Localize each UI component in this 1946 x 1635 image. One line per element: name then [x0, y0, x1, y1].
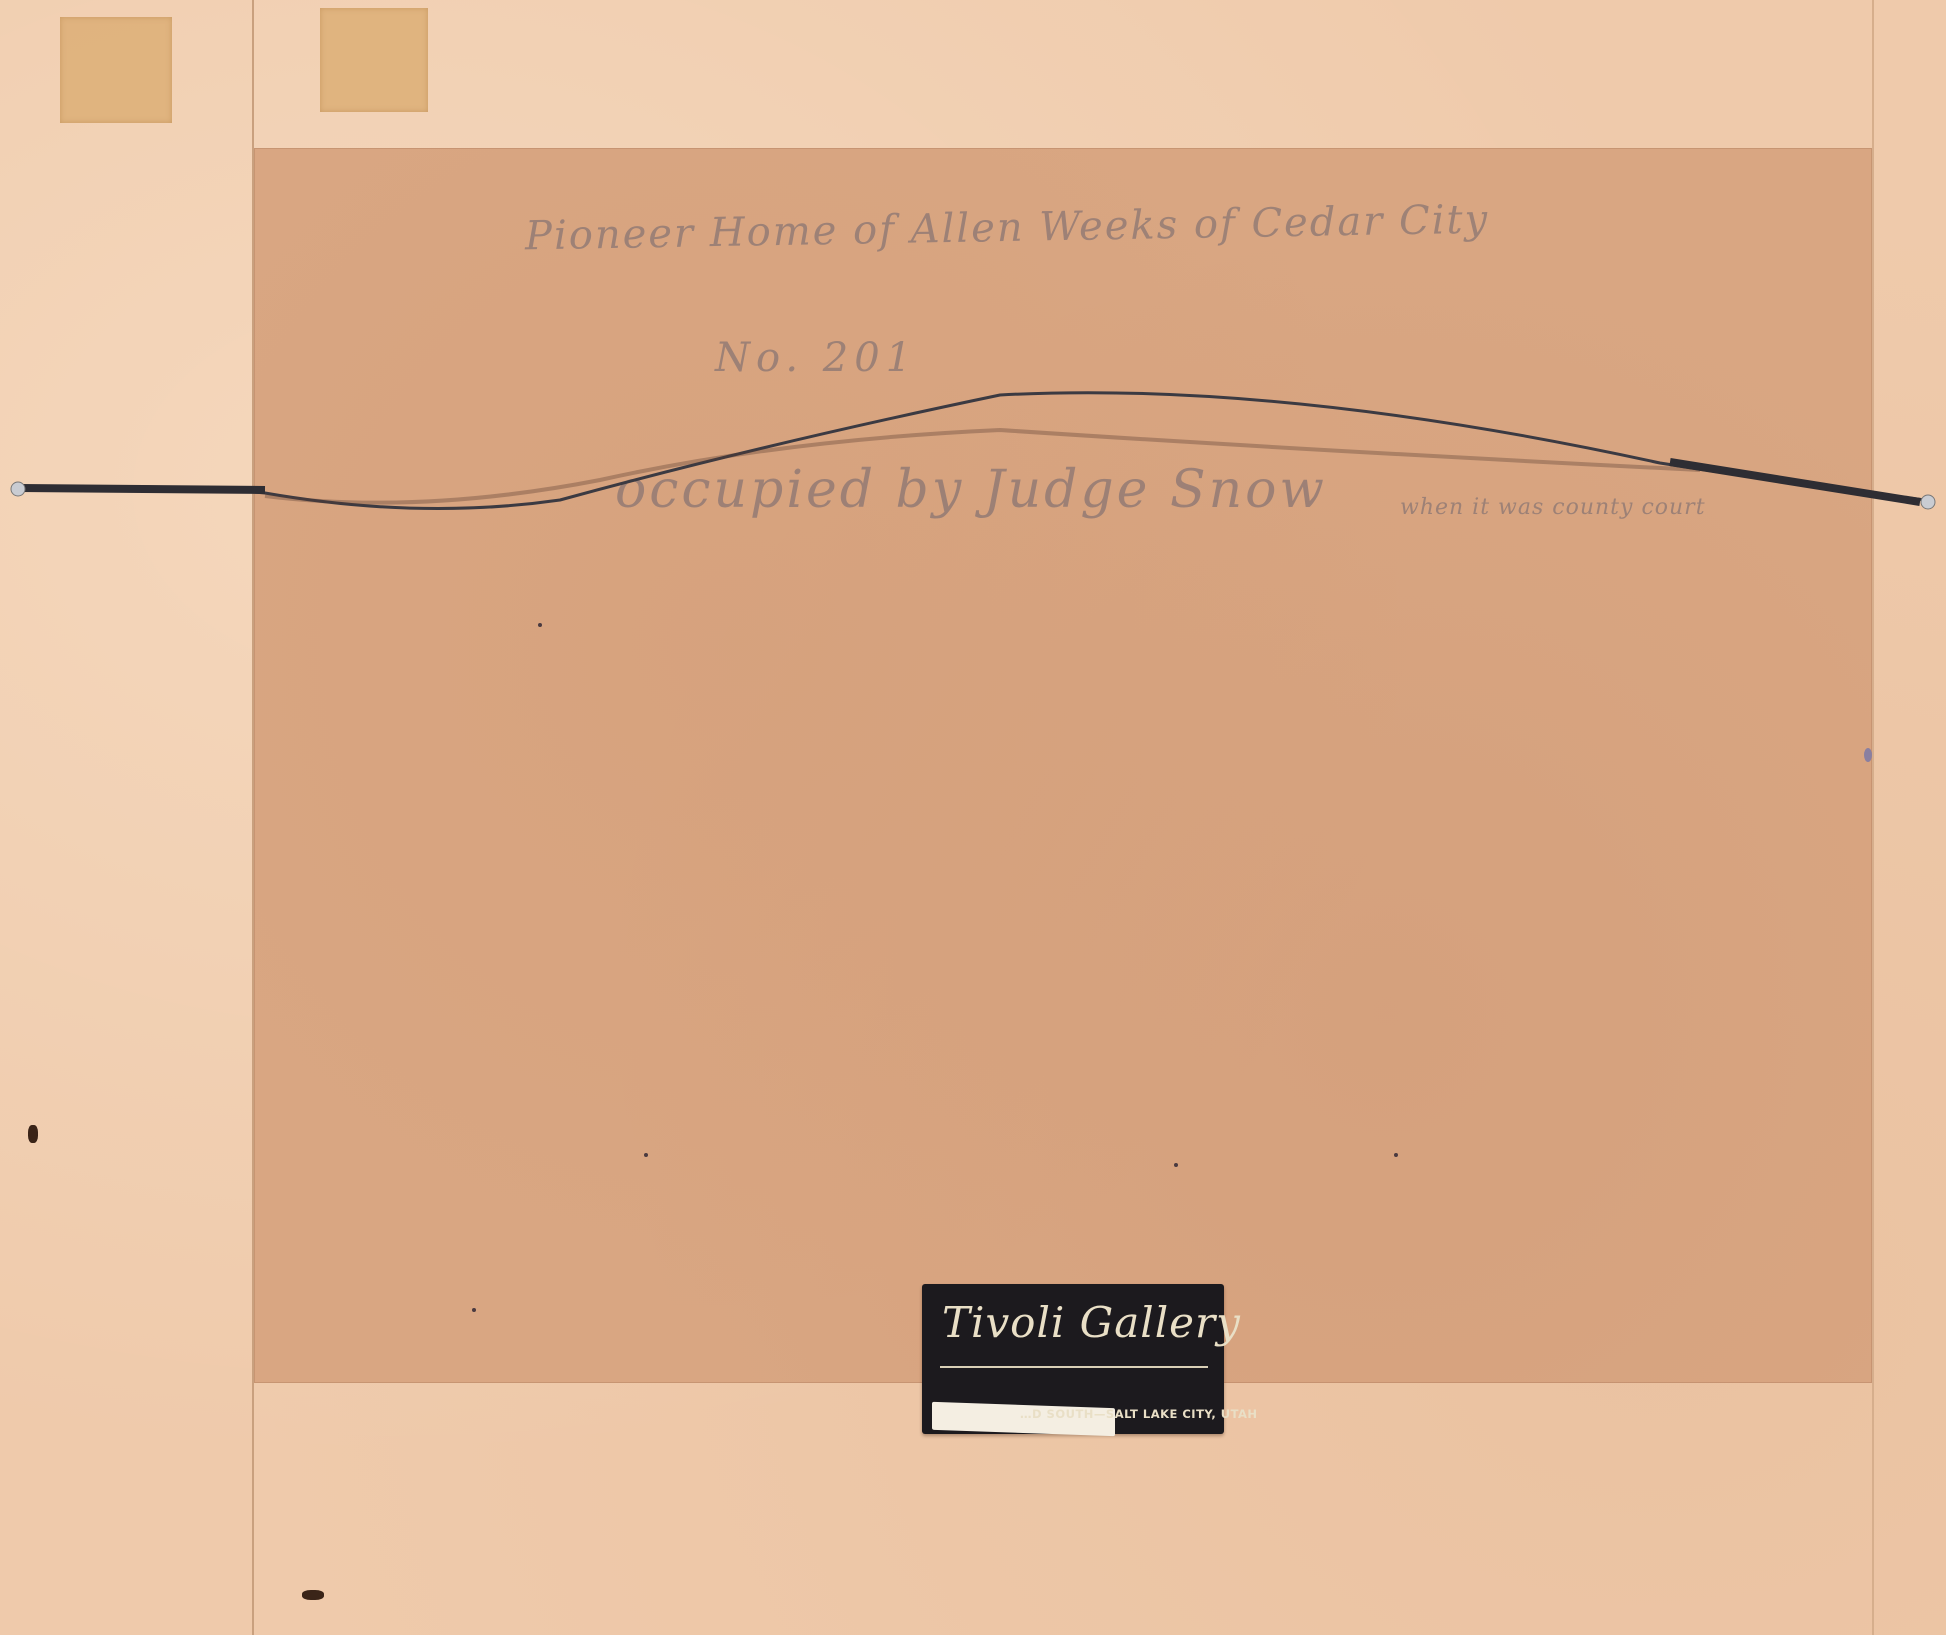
gallery-name: Tivoli Gallery — [942, 1298, 1241, 1347]
gallery-address: …D SOUTH—SALT LAKE CITY, UTAH — [1020, 1407, 1258, 1421]
inscription-note: when it was county court — [1400, 495, 1706, 520]
nail-hole — [28, 1125, 38, 1143]
inscription-occupant: occupied by Judge Snow — [615, 460, 1327, 520]
tape-piece-left — [60, 17, 172, 123]
tape-piece-right — [320, 8, 428, 112]
gallery-label: Tivoli Gallery …D SOUTH—SALT LAKE CITY, … — [922, 1284, 1224, 1434]
label-divider — [940, 1366, 1208, 1368]
speck — [472, 1308, 476, 1312]
speck — [644, 1153, 648, 1157]
speck — [538, 623, 542, 627]
speck — [1174, 1163, 1178, 1167]
speck — [1394, 1153, 1398, 1157]
paper-seam-right — [1872, 0, 1874, 1635]
nail-hole — [302, 1590, 324, 1600]
hardboard-panel — [254, 148, 1872, 1383]
ink-mark — [1864, 748, 1872, 762]
inscription-number: No. 201 — [715, 335, 917, 381]
